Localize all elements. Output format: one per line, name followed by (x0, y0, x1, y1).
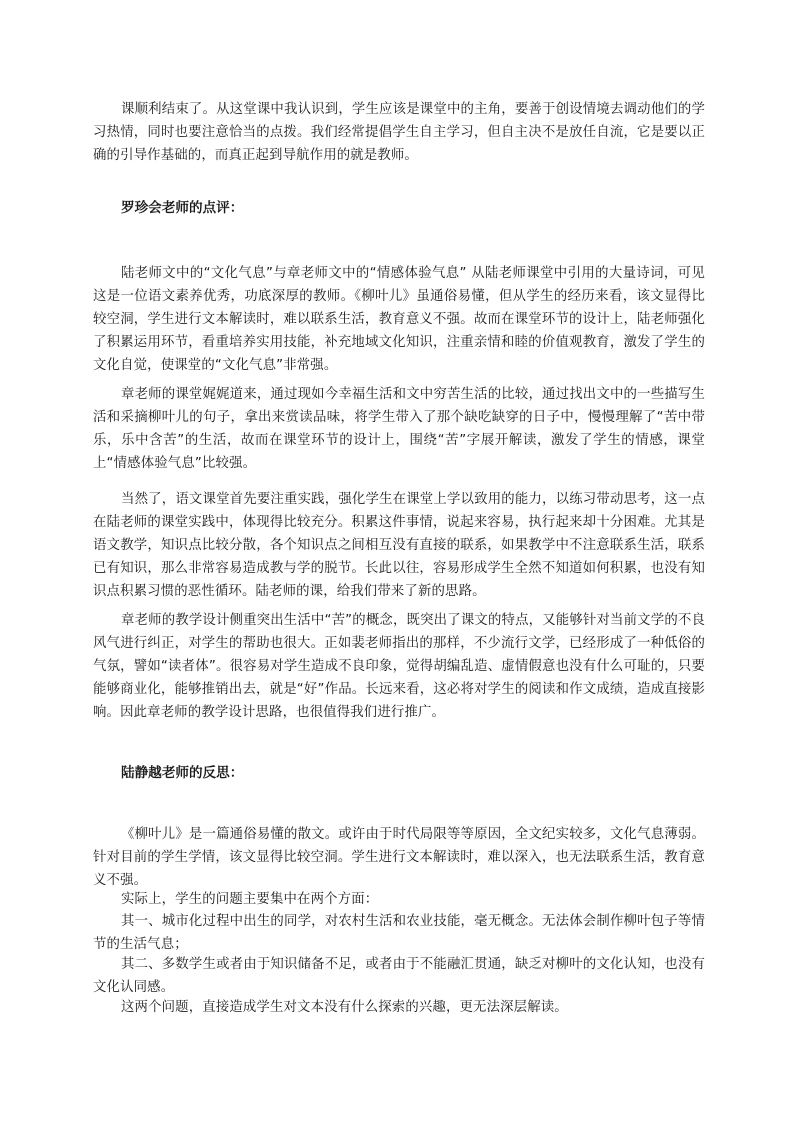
intro-paragraph: 课顺利结束了。从这堂课中我认识到，学生应该是课堂中的主角，要善于创设情境去调动他… (93, 98, 705, 167)
review-paragraph-3: 当然了，语文课堂首先要注重实践，强化学生在课堂上学以致用的能力，以练习带动思考，… (93, 488, 705, 603)
review-paragraph-4: 章老师的教学设计侧重突出生活中“苦”的概念，既突出了课文的特点，又能够针对当前文… (93, 609, 705, 724)
reflection-paragraph-5: 这两个问题，直接造成学生对文本没有什么探索的兴趣，更无法深层解读。 (93, 996, 705, 1019)
reflection-paragraph-2: 实际上，学生的问题主要集中在两个方面： (93, 888, 705, 911)
reflection-paragraph-4: 其二、多数学生或者由于知识储备不足，或者由于不能融汇贯通，缺乏对柳叶的文化认知，… (93, 953, 705, 999)
section-heading-lu-jingyue-reflection: 陆静越老师的反思： (121, 763, 243, 783)
reflection-paragraph-1: 《柳叶儿》是一篇通俗易懂的散文。或许由于时代局限等等原因，全文纪实较多，文化气息… (93, 823, 705, 892)
review-paragraph-2: 章老师的课堂娓娓道来，通过现如今幸福生活和文中穷苦生活的比较，通过找出文中的一些… (93, 383, 705, 475)
review-paragraph-1: 陆老师文中的“文化气息”与章老师文中的“情感体验气息” 从陆老师课堂中引用的大量… (93, 262, 705, 377)
reflection-paragraph-3: 其一、城市化过程中出生的同学，对农村生活和农业技能，毫无概念。无法体会制作柳叶包… (93, 910, 705, 956)
section-heading-luo-zhenhui-review: 罗珍会老师的点评： (121, 198, 243, 218)
